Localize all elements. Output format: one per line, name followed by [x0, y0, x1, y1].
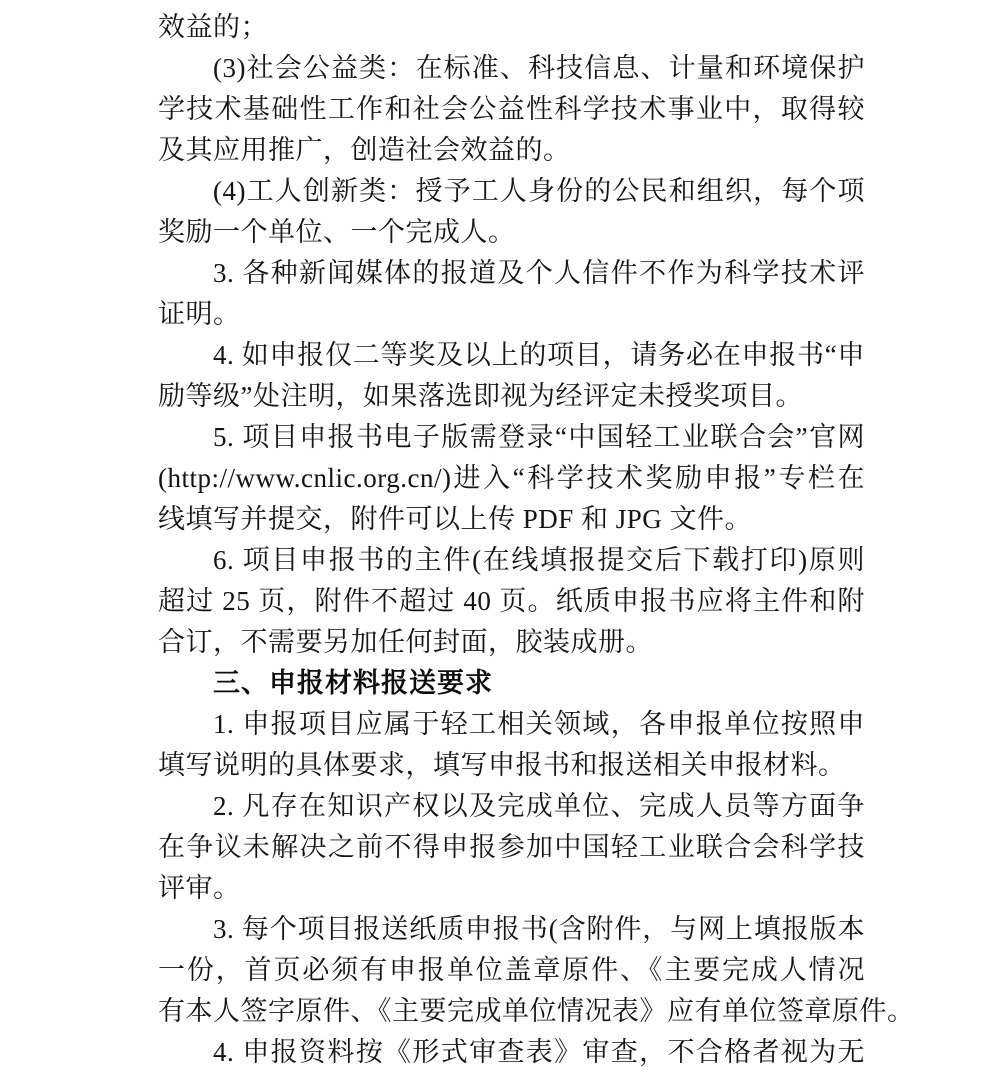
text-line: 3. 各种新闻媒体的报道及个人信件不作为科学技术评价的 [158, 253, 865, 294]
text-line: 一份，首页必须有申报单位盖章原件、《主要完成人情况表》应 [158, 950, 865, 991]
text-line-with-url: (http://www.cnlic.org.cn/)进入“科学技术奖励申报”专栏… [158, 458, 865, 499]
text-line: 4. 如申报仅二等奖及以上的项目，请务必在申报书“申报奖 [158, 335, 865, 376]
text-line: 励等级”处注明，如果落选即视为经评定未授奖项目。 [158, 376, 865, 417]
text-line: 填写说明的具体要求，填写申报书和报送相关申报材料。 [158, 745, 865, 786]
text-line: 5. 项目申报书电子版需登录“中国轻工业联合会”官网 [158, 417, 865, 458]
text-line: 评审。 [158, 868, 865, 909]
text-line: 超过 25 页，附件不超过 40 页。纸质申报书应将主件和附件材料 [158, 581, 865, 622]
text-line: 证明。 [158, 294, 865, 335]
text-line: 2. 凡存在知识产权以及完成单位、完成人员等方面争议的， [158, 786, 865, 827]
text-line: 有本人签字原件、《主要完成单位情况表》应有单位签章原件。 [158, 991, 865, 1032]
text-line: 效益的； [158, 7, 865, 48]
document-page: 效益的； (3)社会公益类：在标准、科技信息、计量和环境保护等科 学技术基础性工… [0, 0, 1000, 1079]
text-line: 6. 项目申报书的主件(在线填报提交后下载打印)原则上不 [158, 540, 865, 581]
document-text-block: 效益的； (3)社会公益类：在标准、科技信息、计量和环境保护等科 学技术基础性工… [158, 7, 865, 1073]
text-line: 奖励一个单位、一个完成人。 [158, 212, 865, 253]
text-line: 学技术基础性工作和社会公益性科学技术事业中，取得较大成果 [158, 89, 865, 130]
text-line: 及其应用推广，创造社会效益的。 [158, 130, 865, 171]
section-heading: 三、申报材料报送要求 [158, 663, 865, 704]
text-line: 线填写并提交，附件可以上传 PDF 和 JPG 文件。 [158, 499, 865, 540]
text-line: 3. 每个项目报送纸质申报书(含附件，与网上填报版本一致) [158, 909, 865, 950]
text-line: 合订，不需要另加任何封面，胶装成册。 [158, 622, 865, 663]
text-line: 4. 申报资料按《形式审查表》审查，不合格者视为无效申 [158, 1032, 865, 1073]
text-line: (4)工人创新类：授予工人身份的公民和组织，每个项目只 [158, 171, 865, 212]
text-line: 1. 申报项目应属于轻工相关领域，各申报单位按照申报书 [158, 704, 865, 745]
text-line: (3)社会公益类：在标准、科技信息、计量和环境保护等科 [158, 48, 865, 89]
text-line: 在争议未解决之前不得申报参加中国轻工业联合会科学技术奖 [158, 827, 865, 868]
